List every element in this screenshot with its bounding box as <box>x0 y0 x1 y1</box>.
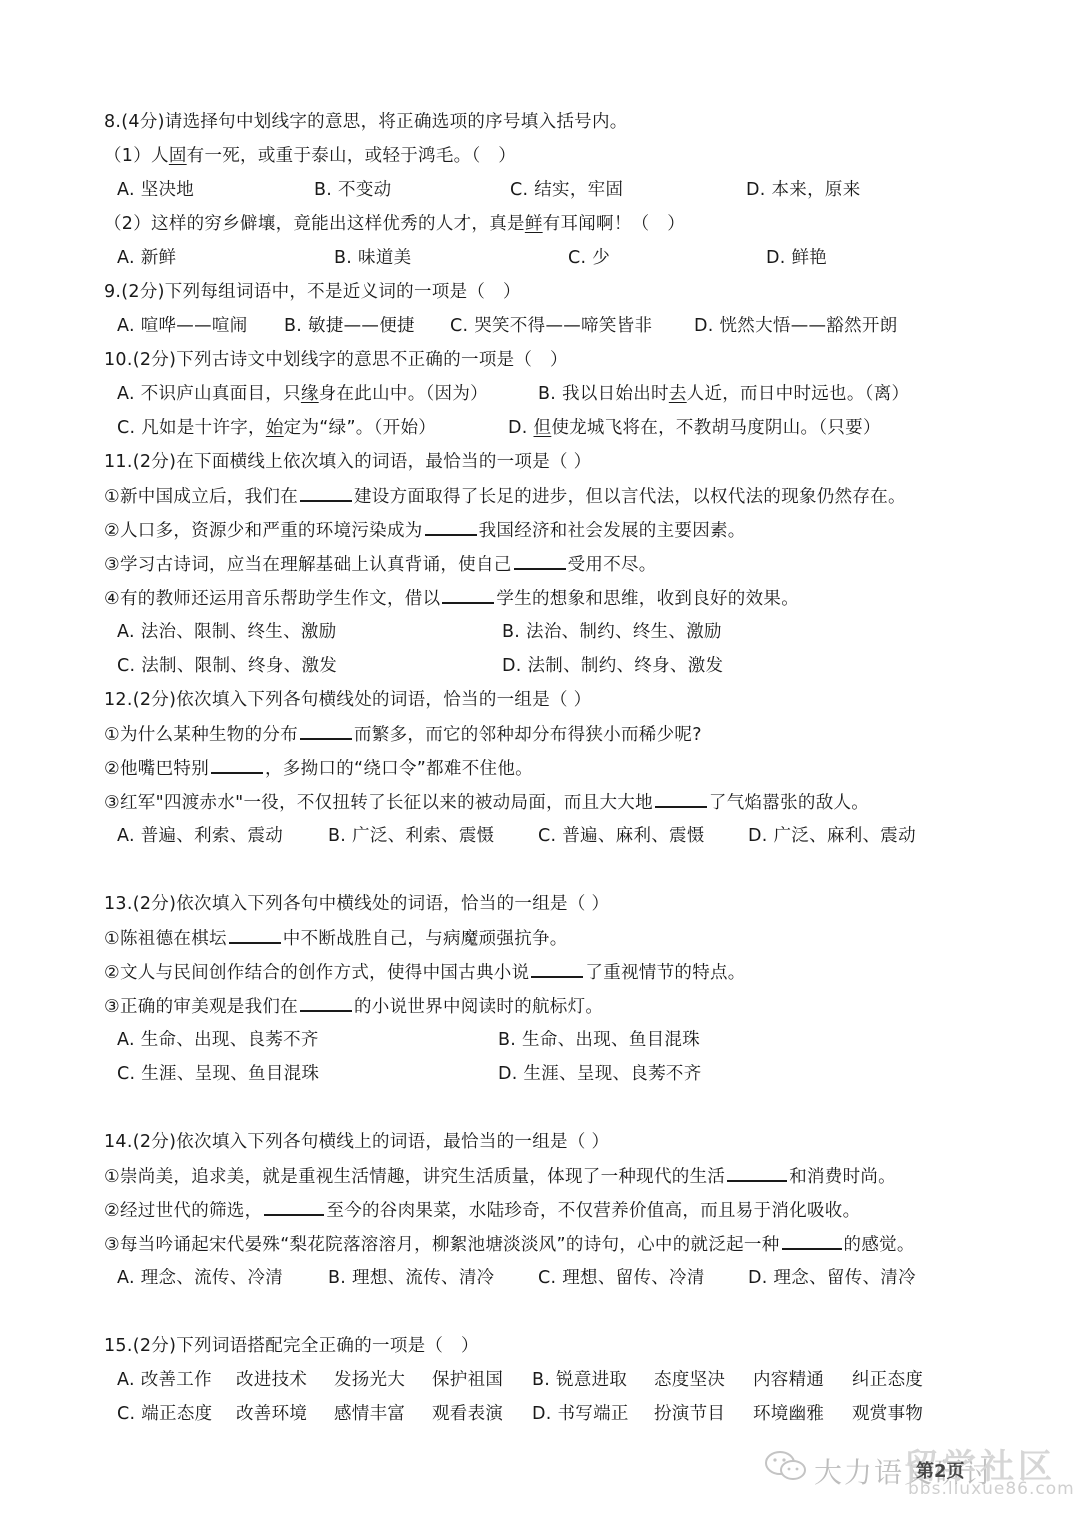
q13-s3-pre: ③正确的审美观是我们在 <box>104 997 298 1017</box>
q8-sub1-pre: （1）人 <box>104 146 169 166</box>
q11-s1-post: 建设方面取得了长足的进步，但以言代法，以权代法的现象仍然存在。 <box>354 487 906 507</box>
q14-sentence-2: ②经过世代的筛选，至今的谷肉果菜，水陆珍奇，不仅营养价值高，而且易于消化吸收。 <box>104 1198 860 1223</box>
underlined-char: 但 <box>534 418 552 438</box>
q12-s1-post: 而繁多，而它的邻种却分布得狭小而稀少呢? <box>354 725 702 745</box>
q8-sub2-option-d: D. 鲜艳 <box>766 246 827 270</box>
q15-option-b-3: 内容精通 <box>753 1368 824 1392</box>
q13-s2-pre: ②文人与民间创作结合的创作方式，使得中国古典小说 <box>104 963 529 983</box>
q14-s1-pre: ①崇尚美，追求美，就是重视生活情趣，讲究生活质量，体现了一种现代的生活 <box>104 1167 725 1187</box>
q12-sentence-2: ②他嘴巴特别，多拗口的“绕口令”都难不住他。 <box>104 756 533 781</box>
q13-sentence-2: ②文人与民间创作结合的创作方式，使得中国古典小说了重视情节的特点。 <box>104 960 746 985</box>
q14-s1-post: 和消费时尚。 <box>789 1167 896 1187</box>
fill-blank <box>531 960 583 978</box>
q10-a-pre: A. 不识庐山真面目，只 <box>117 384 301 404</box>
q9-option-b: B. 敏捷——便捷 <box>284 314 415 338</box>
q15-option-a-1: A. 改善工作 <box>117 1368 212 1392</box>
q8-sub2-option-b: B. 味道美 <box>334 246 411 270</box>
q13-option-d: D. 生涯、呈现、良莠不齐 <box>498 1062 702 1086</box>
q15-option-a-3: 发扬光大 <box>334 1368 405 1392</box>
fill-blank <box>300 994 352 1012</box>
q13-sentence-1: ①陈祖德在棋坛中不断战胜自己，与病魔顽强抗争。 <box>104 926 568 951</box>
q13-stem: 13.(2分)依次填入下列各句中横线处的词语，恰当的一组是（ ） <box>104 892 609 916</box>
q10-option-d: D. 但使龙城飞将在，不教胡马度阴山。（只要） <box>508 416 881 440</box>
q8-sub2-pre: （2）这样的穷乡僻壤，竟能出这样优秀的人才，真是 <box>104 214 525 234</box>
page-number: 第2页 <box>916 1457 965 1483</box>
q15-option-c-3: 感情丰富 <box>334 1402 405 1426</box>
q15-option-c-1: C. 端正态度 <box>117 1402 212 1426</box>
q11-s1-pre: ①新中国成立后，我们在 <box>104 487 298 507</box>
q8-sub2-option-a: A. 新鲜 <box>117 246 176 270</box>
q15-option-c-4: 观看表演 <box>432 1402 503 1426</box>
fill-blank <box>425 518 477 536</box>
q14-stem: 14.(2分)依次填入下列各句横线上的词语，最恰当的一组是（ ） <box>104 1130 609 1154</box>
q12-sentence-3: ③红军"四渡赤水"一役，不仅扭转了长征以来的被动局面，而且大大地了气焰嚣张的敌人… <box>104 790 869 815</box>
q11-option-c: C. 法制、限制、终身、激发 <box>117 654 337 678</box>
fill-blank <box>229 926 281 944</box>
q8-stem: 8.(4分)请选择句中划线字的意思，将正确选项的序号填入括号内。 <box>104 110 628 134</box>
q11-sentence-2: ②人口多，资源少和严重的环境污染成为我国经济和社会发展的主要因素。 <box>104 518 746 543</box>
q11-stem: 11.(2分)在下面横线上依次填入的词语，最恰当的一项是（ ） <box>104 450 591 474</box>
fill-blank <box>442 586 494 604</box>
q12-option-b: B. 广泛、利索、震慑 <box>328 824 494 848</box>
q13-option-b: B. 生命、出现、鱼目混珠 <box>498 1028 700 1052</box>
q11-option-b: B. 法治、制约、终生、激励 <box>502 620 722 644</box>
q11-option-d: D. 法制、制约、终身、激发 <box>502 654 723 678</box>
q9-option-c: C. 哭笑不得——啼笑皆非 <box>450 314 652 338</box>
q11-s2-pre: ②人口多，资源少和严重的环境污染成为 <box>104 521 423 541</box>
q10-option-c: C. 凡如是十许字，始定为“绿”。（开始） <box>117 416 436 440</box>
q14-option-b: B. 理想、流传、清冷 <box>328 1266 494 1290</box>
q15-option-b-4: 纠正态度 <box>852 1368 923 1392</box>
q10-option-b: B. 我以日始出时去人近，而日中时远也。（离） <box>538 382 909 406</box>
underlined-char: 去 <box>669 384 687 404</box>
q14-option-d: D. 理念、留传、清冷 <box>748 1266 916 1290</box>
q15-option-c-2: 改善环境 <box>236 1402 307 1426</box>
q11-sentence-1: ①新中国成立后，我们在建设方面取得了长足的进步，但以言代法，以权代法的现象仍然存… <box>104 484 906 509</box>
q14-s3-post: 的感觉。 <box>844 1235 915 1255</box>
q13-s2-post: 了重视情节的特点。 <box>585 963 745 983</box>
watermark: 大力语文研讨 留学社区 bbs.liuxue86.com 第2页 <box>764 1439 1064 1499</box>
q12-s3-pre: ③红军"四渡赤水"一役，不仅扭转了长征以来的被动局面，而且大大地 <box>104 793 653 813</box>
q8-sub2: （2）这样的穷乡僻壤，竟能出这样优秀的人才，真是鲜有耳闻啊！（ ） <box>104 212 685 236</box>
q13-option-a: A. 生命、出现、良莠不齐 <box>117 1028 319 1052</box>
q10-stem: 10.(2分)下列古诗文中划线字的意思不正确的一项是（ ） <box>104 348 568 372</box>
fill-blank <box>264 1198 324 1216</box>
q10-a-post: 身在此山中。（因为） <box>319 384 488 404</box>
q9-stem: 9.(2分)下列每组词语中，不是近义词的一项是（ ） <box>104 280 521 304</box>
q11-s3-pre: ③学习古诗词，应当在理解基础上认真背诵，使自己 <box>104 555 512 575</box>
q12-s2-pre: ②他嘴巴特别 <box>104 759 209 779</box>
q15-option-a-4: 保护祖国 <box>432 1368 503 1392</box>
q10-b-post: 人近，而日中时远也。（离） <box>687 384 910 404</box>
underlined-char: 始 <box>266 418 284 438</box>
q10-d-post: 使龙城飞将在，不教胡马度阴山。（只要） <box>551 418 880 438</box>
fill-blank <box>782 1232 842 1250</box>
q14-s2-pre: ②经过世代的筛选， <box>104 1201 262 1221</box>
underlined-char: 缘 <box>301 384 319 404</box>
q8-sub2-option-c: C. 少 <box>568 246 610 270</box>
q8-sub1-option-d: D. 本来，原来 <box>746 178 861 202</box>
q9-option-d: D. 恍然大悟——豁然开朗 <box>694 314 898 338</box>
q15-option-b-1: B. 锐意进取 <box>532 1368 627 1392</box>
q14-s3-pre: ③每当吟诵起宋代晏殊“梨花院落溶溶月，柳絮池塘淡淡风”的诗句，心中的就泛起一种 <box>104 1235 780 1255</box>
q12-s1-pre: ①为什么某种生物的分布 <box>104 725 298 745</box>
fill-blank <box>655 790 707 808</box>
q11-s4-post: 学生的想象和思维，收到良好的效果。 <box>496 589 799 609</box>
q14-option-c: C. 理想、留传、冷清 <box>538 1266 705 1290</box>
q15-option-d-1: D. 书写端正 <box>532 1402 629 1426</box>
q12-stem: 12.(2分)依次填入下列各句横线处的词语，恰当的一组是（ ） <box>104 688 591 712</box>
q15-option-a-2: 改进技术 <box>236 1368 307 1392</box>
q13-option-c: C. 生涯、呈现、鱼目混珠 <box>117 1062 319 1086</box>
q13-s3-post: 的小说世界中阅读时的航标灯。 <box>354 997 603 1017</box>
q14-option-a: A. 理念、流传、冷清 <box>117 1266 283 1290</box>
q15-option-d-3: 环境幽雅 <box>753 1402 824 1426</box>
q8-sub1-option-c: C. 结实，牢固 <box>510 178 623 202</box>
q14-sentence-1: ①崇尚美，追求美，就是重视生活情趣，讲究生活质量，体现了一种现代的生活和消费时尚… <box>104 1164 896 1189</box>
q11-s4-pre: ④有的教师还运用音乐帮助学生作文，借以 <box>104 589 440 609</box>
q12-option-c: C. 普遍、麻利、震慑 <box>538 824 705 848</box>
underlined-char: 鲜 <box>525 214 543 234</box>
fill-blank <box>514 552 566 570</box>
q12-option-d: D. 广泛、麻利、震动 <box>748 824 916 848</box>
q8-sub2-post: 有耳闻啊！（ ） <box>543 214 685 234</box>
q10-b-pre: B. 我以日始出时 <box>538 384 669 404</box>
q12-s3-post: 了气焰嚣张的敌人。 <box>709 793 869 813</box>
fill-blank <box>727 1164 787 1182</box>
q11-s2-post: 我国经济和社会发展的主要因素。 <box>479 521 746 541</box>
q12-sentence-1: ①为什么某种生物的分布而繁多，而它的邻种却分布得狭小而稀少呢? <box>104 722 702 747</box>
q15-stem: 15.(2分)下列词语搭配完全正确的一项是（ ） <box>104 1334 479 1358</box>
underlined-char: 固 <box>169 146 187 166</box>
q13-s1-pre: ①陈祖德在棋坛 <box>104 929 227 949</box>
q9-option-a: A. 喧哗——喧闹 <box>117 314 248 338</box>
q10-c-post: 定为“绿”。（开始） <box>284 418 436 438</box>
q15-option-d-2: 扮演节目 <box>654 1402 725 1426</box>
q10-d-pre: D. <box>508 418 534 438</box>
q8-sub1-option-b: B. 不变动 <box>314 178 391 202</box>
q14-s2-post: 至今的谷肉果菜，水陆珍奇，不仅营养价值高，而且易于消化吸收。 <box>326 1201 860 1221</box>
q8-sub1-option-a: A. 坚决地 <box>117 178 194 202</box>
q13-sentence-3: ③正确的审美观是我们在的小说世界中阅读时的航标灯。 <box>104 994 603 1019</box>
fill-blank <box>211 756 263 774</box>
wechat-icon <box>764 1449 808 1483</box>
q14-sentence-3: ③每当吟诵起宋代晏殊“梨花院落溶溶月，柳絮池塘淡淡风”的诗句，心中的就泛起一种的… <box>104 1232 915 1257</box>
q13-s1-post: 中不断战胜自己，与病魔顽强抗争。 <box>283 929 568 949</box>
q15-option-b-2: 态度坚决 <box>654 1368 725 1392</box>
q11-s3-post: 受用不尽。 <box>568 555 657 575</box>
q11-sentence-4: ④有的教师还运用音乐帮助学生作文，借以学生的想象和思维，收到良好的效果。 <box>104 586 799 611</box>
q10-c-pre: C. 凡如是十许字， <box>117 418 266 438</box>
q12-option-a: A. 普遍、利索、震动 <box>117 824 283 848</box>
q15-option-d-4: 观赏事物 <box>852 1402 923 1426</box>
q12-s2-post: ，多拗口的“绕口令”都难不住他。 <box>265 759 533 779</box>
q8-sub1: （1）人固有一死，或重于泰山，或轻于鸿毛。（ ） <box>104 144 516 168</box>
q11-option-a: A. 法治、限制、终生、激励 <box>117 620 337 644</box>
exam-page: 8.(4分)请选择句中划线字的意思，将正确选项的序号填入括号内。 （1）人固有一… <box>0 0 1080 1527</box>
q10-option-a: A. 不识庐山真面目，只缘身在此山中。（因为） <box>117 382 488 406</box>
fill-blank <box>300 484 352 502</box>
fill-blank <box>300 722 352 740</box>
q8-sub1-post: 有一死，或重于泰山，或轻于鸿毛。（ ） <box>187 146 516 166</box>
q11-sentence-3: ③学习古诗词，应当在理解基础上认真背诵，使自己受用不尽。 <box>104 552 657 577</box>
